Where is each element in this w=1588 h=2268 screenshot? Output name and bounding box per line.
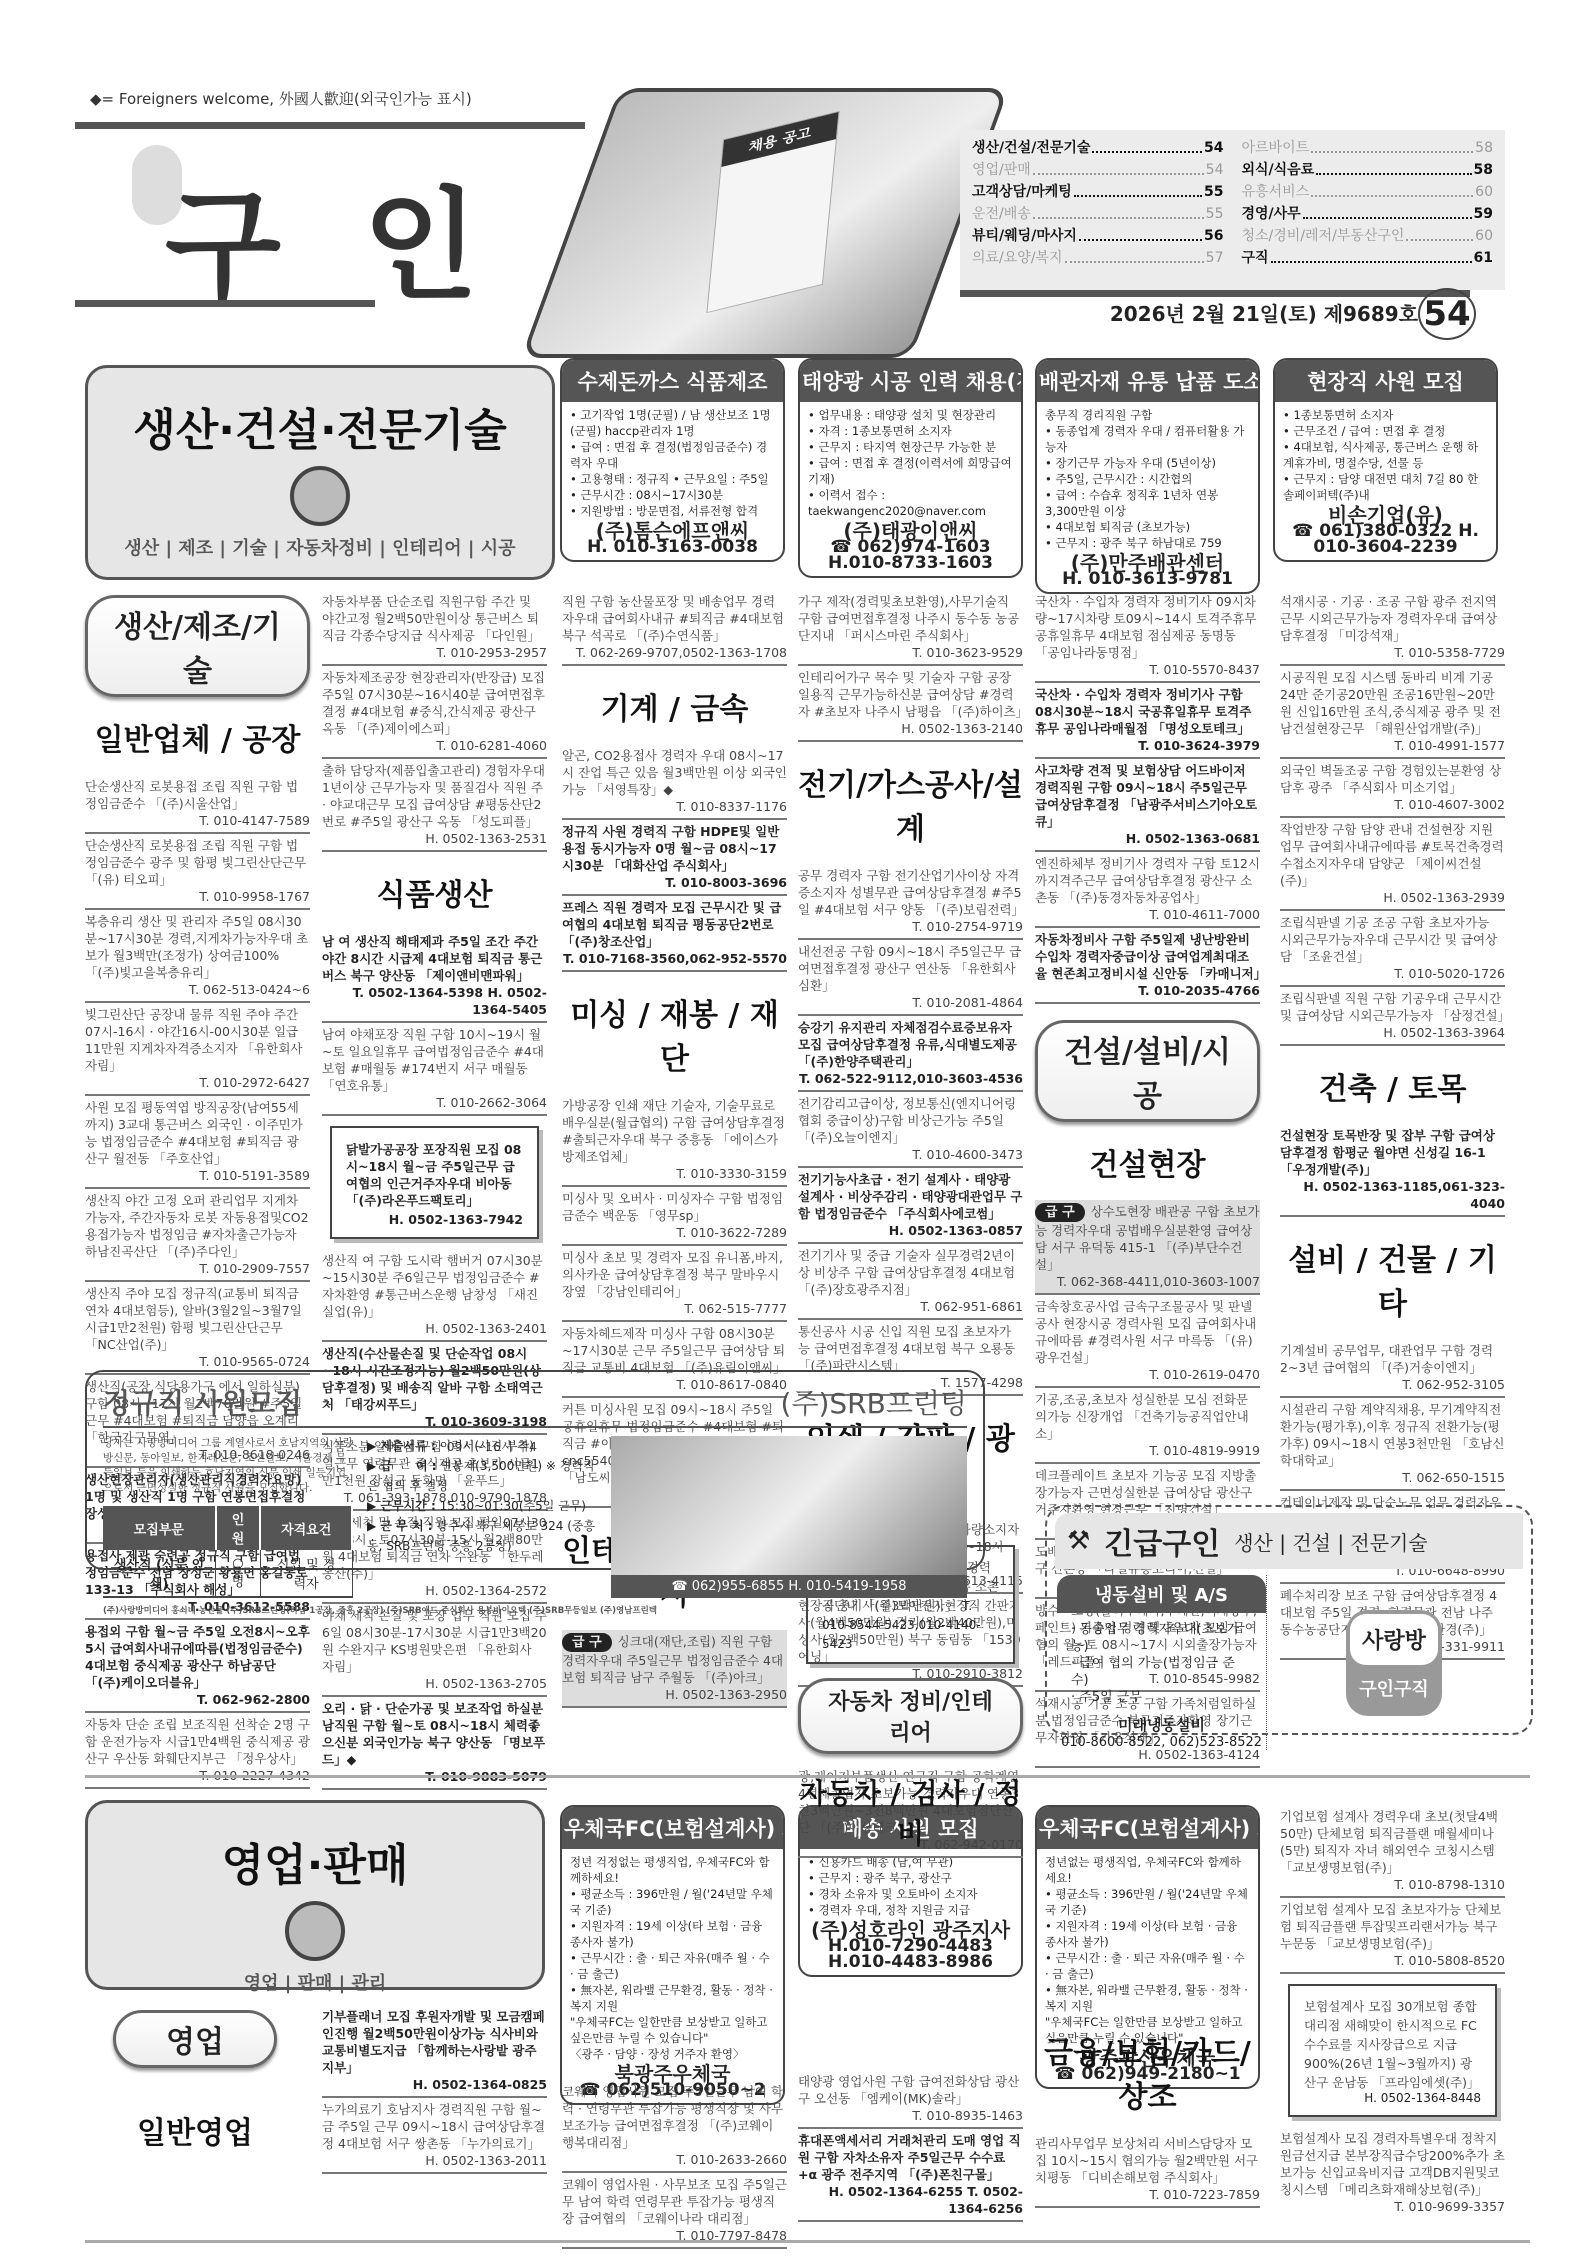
card-header: 우체국FC(보험설계사) 모집 (562, 1807, 783, 1849)
toc-item[interactable]: 아르바이트58 (1242, 138, 1494, 158)
ad-phone: T. 010-2619-0470 (1035, 1366, 1260, 1383)
classified-ad: 승강기 유지관리 자체점검수료증보유자 모집 급여상담후결정 유류,식대별도제공… (798, 1016, 1023, 1092)
classified-ad: 조립식판넬 기공 조공 구함 초보자가능 시외근무가능자우대 근무시간 및 급여… (1280, 911, 1505, 987)
ad-phone: T. 010-7223-7859 (1035, 2186, 1260, 2203)
classified-ad: 조립식판넬 직원 구함 기공우대 근무시간 및 급여상담 시외근무가능자 「삼정… (1280, 987, 1505, 1046)
classified-ad: 전기감리고급이상, 정보통신(엔지니어링협회 중급이상)구함 비상근가능 주5일… (798, 1092, 1023, 1168)
header-rule (75, 122, 585, 129)
card-phone: H.010-7290-4483 H.010-4483-8986 (808, 1938, 1013, 1970)
classified-ad: 미싱사 초보 및 경력자 모집 유니폼,바지,의사카운 급여상담후결정 북구 말… (562, 1246, 787, 1322)
srb-phone: ☎ 062)955-6855 H. 010-5419-1958 (611, 1575, 967, 1598)
subcategory-heading: 금융/보험/카드/상조 (1035, 2028, 1260, 2116)
page-section-title: 구 인 (165, 150, 499, 322)
toc-item[interactable]: 고객상담/마케팅55 (972, 182, 1224, 202)
section-divider (85, 1775, 1530, 1778)
section-banner-production: 생산·건설·전문기술 생산 | 제조 | 기술 | 자동차정비 | 인테리어 |… (85, 365, 555, 580)
display-ad-card: 우체국FC(보험설계사) 모집정년 걱정없는 평생직업, 우체국FC와 함께하세… (560, 1805, 785, 2105)
ad-phone: T. 010-2081-4864 (798, 994, 1023, 1011)
sales-column-c: 태양광 영업사원 구함 급여전화상담 광산구 오선동 「엠케이(MK)솔라」T.… (798, 2070, 1023, 2222)
ad-phone: T. 010-5808-8520 (1280, 1952, 1505, 1969)
toc-item[interactable]: 경영/사무59 (1242, 204, 1494, 224)
ad-phone: T. 010-4147-7589 (85, 812, 310, 829)
srb-detail-row: ▶ 근무시간 : 15:30~01:30(주5일 근무) (367, 1496, 597, 1516)
ad-phone: T. 062-515-7777 (562, 1300, 787, 1317)
classified-ad: 시공직원 모집 시스템 동바리 비계 기공24만 준기공20만원 조공16만원~… (1280, 666, 1505, 759)
ad-phone: H. 0502-1363-2705 (322, 1675, 547, 1692)
display-ad-card: 배관자재 유통 납품 도소매업총무직 경리직원 구함• 동종업계 경력자 우대 … (1035, 358, 1260, 594)
ad-phone: T. 010-5570-8437 (1035, 661, 1260, 678)
classified-ad: 전기기사 및 중급 기술자 실무경력2년이상 비상주 구함 급여상담후결정 4대… (798, 1244, 1023, 1320)
ad-phone: H. 0502-1363-2011 (322, 2152, 547, 2169)
classified-ad: 태양광 영업사원 구함 급여전화상담 광산구 오선동 「엠케이(MK)솔라」T.… (798, 2070, 1023, 2129)
classified-ad: 국산차 · 수입차 경력자 정비기사 구함 08시30분~18시 국공휴일휴무 … (1035, 683, 1260, 759)
ad-phone: T. 010-4600-3473 (798, 1146, 1023, 1163)
classified-ad: 작업반장 구함 담양 관내 건설현장 지원업무 급여회사내규에따름 #토목건축경… (1280, 818, 1505, 911)
classified-ad: 야채 세척 손질 및 포장 업무 직원 모집 주6일 08시30분-17시30분… (322, 1604, 547, 1697)
ad-phone: T. 010-8798-1310 (1280, 1876, 1505, 1893)
ad-phone: H. 0502-1363-2401 (322, 1320, 547, 1337)
classified-ad: 공무 경력자 구함 전기산업기사이상 자격증소지자 성별무관 급여상담후결정 #… (798, 864, 1023, 940)
ad-phone: T. 010-4607-3002 (1280, 796, 1505, 813)
subcategory-heading: 전기/가스공사/설계 (798, 760, 1023, 848)
srb-company: (주)SRB프린팅 (781, 1382, 967, 1422)
ad-phone: T. 0502-1364-5398 H. 0502-1364-5405 (322, 984, 547, 1018)
urgent-ad: 급 구상수도현장 배관공 구함 초보가능 경력자우대 공법배우실분환영 급여상담… (1035, 1200, 1260, 1295)
classified-ad: 기계설비 공무업무, 대관업무 구함 경력2~3년 급여협의 「(주)거송이엔지… (1280, 1339, 1505, 1398)
toc-item[interactable]: 구직61 (1242, 248, 1494, 268)
srb-table: 모집부문인원자격요건 생산직 (신문 인쇄)○명신입 및 경력자 (103, 1506, 353, 1598)
srb-intro: 당사는 사랑방미디어 그룹 계열사로서 호남지역의 사랑방신문, 동아일보, 한… (103, 1436, 353, 1496)
card-phone: H. 010-3613-9781 (1045, 571, 1250, 587)
srb-affiliates: (주)사랑방미디어 홍쇠네 농산물 (주)SRB프린팅(하남 1공장, 중흥 2… (103, 1604, 967, 1616)
classified-ad: 석재시공 · 기공 · 조공 구함 광주 전지역근무 시외근무가능자 경력자우대… (1280, 590, 1505, 666)
urgent-badge: 급 구 (562, 1633, 612, 1652)
sales-column-b: 코웨이 영업사원 모집 주5일근무 남여 학력 · 연령무관 투잡가능 평생직장… (562, 2080, 787, 2249)
subcategory-heading: 건축 / 토목 (1280, 1064, 1505, 1108)
classified-ad: 생산직 주야 모집 정규직(교통비 퇴직금 연차 4대보험등), 알바(3월2일… (85, 1282, 310, 1375)
srb-printing-ad: 정규직 사원모집 (주)SRB프린팅 당사는 사랑방미디어 그룹 계열사로서 호… (85, 1370, 985, 1570)
classified-ad: 외국인 벽돌조공 구함 경험있는분환영 상담후 광주 「주식회사 미소기업」T.… (1280, 759, 1505, 818)
classified-ad: 가구 제작(경력및초보환영),사무기술직 구함 급여면접후결정 나주시 동수동 … (798, 590, 1023, 666)
ad-phone: T. 010-2035-4766 (1035, 982, 1260, 999)
subcategory-heading: 일반영업 (85, 2108, 305, 2152)
urgent-ad: 급 구싱크대(재단,조립) 직원 구함 경력자우대 주5일근무 법정임금준수 4… (562, 1630, 787, 1708)
subcategory-heading: 식품생산 (322, 870, 547, 914)
classified-ad: 빛그린산단 공장내 물류 직원 주야 주간07시-16시 · 야간16시-00시… (85, 1003, 310, 1096)
classified-ad: 단순생산직 로봇용접 조립 직원 구함 법정임금준수 「(주)시울산업」T. 0… (85, 775, 310, 834)
ad-phone: T. 010-9958-1767 (85, 888, 310, 905)
classified-ad: 남여 야채포장 직원 구함 10시~19시 월~토 일요일휴무 급여법정임금준수… (322, 1023, 547, 1116)
urgent-categories: 생산 | 건설 | 전문기술 (1234, 1527, 1427, 1556)
ad-phone: T. 010-2662-3064 (322, 1094, 547, 1111)
ad-phone: T. 010-7168-3560,062-952-5570 (562, 950, 787, 967)
ad-phone: H. 0502-1363-1185,061-323-4040 (1280, 1178, 1505, 1212)
classified-ad: 국산차 · 수입차 경력자 정비기사 09시차량~17시차량 토09시~14시 … (1035, 590, 1260, 683)
category-pill: 영업 (113, 2010, 277, 2068)
classified-ad: 엔진하체부 정비기사 경력자 구함 토12시까지격주근무 급여상담후결정 광산구… (1035, 852, 1260, 928)
ad-phone: T. 062-951-6861 (798, 1298, 1023, 1315)
toc-item[interactable]: 뷰티/웨딩/마사지56 (972, 226, 1224, 246)
ad-phone: T. 010-4611-7000 (1035, 906, 1260, 923)
ad-phone: T. 010-5020-1726 (1280, 965, 1505, 982)
urgent-badge: 급 구 (1035, 1203, 1085, 1222)
classified-ad: 누가의료기 호남지사 경력직원 구함 월~금 주5일 근무 09시~18시 급여… (322, 2098, 547, 2174)
classified-ad: 출하 담당자(제품입출고관리) 경험자우대 1년이상 근무가능자 및 품질검사 … (322, 759, 547, 852)
card-header: 현장직 사원 모집 (1275, 360, 1496, 402)
sales-column-e: 기업보험 설계사 경력우대 초보(첫달4백50만) 단체보험 퇴직금플랜 매월세… (1280, 1805, 1505, 2218)
subcategory-heading: 미싱 / 재봉 / 재단 (562, 990, 787, 1078)
classified-ad: 용접외 구함 월~금 주5일 오전8시~오후5시 급여회사내규에따름(법정임금준… (85, 1620, 310, 1713)
card-phone: H. 010-3163-0038 (570, 539, 775, 555)
classified-ad: 코웨이 영업사원 모집 주5일근무 남여 학력 · 연령무관 투잡가능 평생직장… (562, 2080, 787, 2173)
ad-phone: T. 010-2953-2957 (322, 644, 547, 661)
ad-phone: T. 010-2972-6427 (85, 1074, 310, 1091)
photo-caption: 채용 공고 (721, 112, 838, 167)
classified-ad: 기업보험 설계사 모집 초보자가능 단체보험 퇴직금플랜 투잡및프리랜서가능 북… (1280, 1898, 1505, 1974)
banner-title: 영업·판매 (88, 1803, 542, 1893)
subcategory-heading: 기계 / 금속 (562, 684, 787, 728)
classified-ad: 자동차부품 단순조립 직원구함 주간 및 야간고정 월2백50만원이상 통근버스… (322, 590, 547, 666)
ad-phone: T. 010-5358-7729 (1280, 644, 1505, 661)
card-phone: ☎ 061)380-0322 H. 010-3604-2239 (1283, 523, 1488, 555)
classified-ad: 미싱사 및 오버사 · 미싱자수 구함 법정임금준수 백운동 「영무sp」T. … (562, 1187, 787, 1246)
display-ad-card: 태양광 시공 인력 채용(경력자 우대)• 업무내용 : 태양광 설치 및 현장… (798, 358, 1023, 578)
classified-ad: 자동차제조공장 현장관리자(반장급) 모집 주5일 07시30분~16시40분 … (322, 666, 547, 759)
foreigners-note: ◆= Foreigners welcome, 外國人歡迎(외국인가능 표시) (90, 88, 472, 109)
sales-headings: 영업 일반영업 (85, 2010, 305, 2168)
display-ad-card: 현장직 사원 모집• 1종보통면허 소지자• 근무조건 / 급여 : 면접 후 … (1273, 358, 1498, 562)
ad-phone: T. 010-6281-4060 (322, 737, 547, 754)
ad-phone: T. 010-8337-1176 (562, 798, 787, 815)
printing-press-photo: ☎ 062)955-6855 H. 010-5419-1958 (611, 1436, 967, 1598)
ad-phone: T. 010-2909-7557 (85, 1260, 310, 1277)
section-banner-sales: 영업·판매 영업 | 판매 | 관리 (85, 1800, 545, 1990)
ad-phone: T. 010-3623-9529 (798, 644, 1023, 661)
card-header: 태양광 시공 인력 채용(경력자 우대) (800, 360, 1021, 402)
table-of-contents: 생산/건설/전문기술54아르바이트58영업/판매54외식/식음료58고객상담/마… (960, 130, 1505, 290)
srb-detail-row: ▶ 급 여 : 연봉제(3,500만원) ※ 경력직은 협의 후 결정 (367, 1456, 597, 1496)
ad-phone: T. 010-8935-1463 (798, 2107, 1023, 2124)
classified-ad: 프레스 직원 경력자 모집 근무시간 및 급여협의 4대보험 퇴직금 평동공단2… (562, 896, 787, 972)
classified-ad: 내선전공 구함 09시~18시 주5일근무 급여면접후결정 광산구 연산동 「유… (798, 940, 1023, 1016)
ad-phone: H. 0502-1363-0857 (798, 1222, 1023, 1239)
ad-phone: T. 062-513-0424~6 (85, 981, 310, 998)
classified-ad: 시설관리 구함 계약직채용, 무기계약직전환가능(평가후),이후 정규직 전환가… (1280, 1398, 1505, 1491)
drill-icon: ⚒ (1067, 1526, 1090, 1556)
classified-ad: 가방공장 인쇄 재단 기술자, 기술무료로 배우실분(월급협의) 구함 급여상담… (562, 1094, 787, 1187)
ad-phone: T. 010-9565-0724 (85, 1353, 310, 1370)
banner-subtitle: 영업 | 판매 | 관리 (88, 1969, 542, 2005)
classified-ad: 복층유리 생산 및 관리자 주5일 08시30분~17시30분 경력,지게차가능… (85, 910, 310, 1003)
classified-ad: 건설현장 토목반장 및 잡부 구함 급여상담후결정 함평군 월야면 신성길 16… (1280, 1124, 1505, 1217)
ad-phone: H. 0502-1363-2140 (798, 720, 1023, 737)
ad-phone: T. 062-962-2800 (85, 1691, 310, 1708)
classified-ad: 남 여 생산직 해태제과 주5일 조간 주간 야간 8시간 시급제 4대보험 퇴… (322, 930, 547, 1023)
toc-item[interactable]: 외식/식음료58 (1242, 160, 1494, 180)
srb-detail-row: ▶ 근 무 처 : 광주시 북구 제봉로 324 (중흥동, SRB프린팅 중흥… (367, 1516, 597, 1556)
classified-ad: 알곤, CO2용접사 경력자 우대 08시~17시 잔업 특근 있음 월3백만원… (562, 744, 787, 820)
classified-ad: 사고차량 견적 및 보험상담 어드바이저 경력직원 구함 09시~18시 주5일… (1035, 759, 1260, 852)
classified-ad: 휴대폰액세서리 거래처관리 도매 영업 직원 구함 자차소유자 주5일근무 수수… (798, 2129, 1023, 2222)
classified-ad: 기공,조공,초보자 성실한분 모심 전화문의가능 신장개업 「건축기능공직업안내… (1035, 1388, 1260, 1464)
display-ad-card: 수제돈까스 식품제조• 고기작업 1명(군필) / 남 생산보조 1명(군필) … (560, 358, 785, 562)
urgent-title: 긴급구인 (1104, 1519, 1220, 1563)
subcategory-heading: 설비 / 건물 / 기타 (1280, 1235, 1505, 1323)
ad-phone: H. 0502-1363-0681 (1035, 830, 1260, 847)
ad-phone: H. 0502-1364-6255 T. 0502-1364-6256 (798, 2183, 1023, 2217)
footer-divider (85, 2240, 1530, 2243)
category-pill: 건설/설비/시공 (1035, 1020, 1260, 1122)
classified-ad: 단순생산직 로봇용접 조립 직원 구함 법정임금준수 광주 및 함평 빛그린산단… (85, 834, 310, 910)
classified-ad: 기업보험 설계사 경력우대 초보(첫달4백50만) 단체보험 퇴직금플랜 매월세… (1280, 1805, 1505, 1898)
toc-item[interactable]: 유흥서비스60 (1242, 182, 1494, 202)
ad-phone: T. 010-4991-1577 (1280, 737, 1505, 754)
classified-ad: 정규직 사원 경력직 구함 HDPE및 일반 용접 동시가능자 0명 월~금 0… (562, 820, 787, 896)
ad-phone: T. 062-650-1515 (1280, 1469, 1505, 1486)
toc-item[interactable]: 영업/판매54 (972, 160, 1224, 180)
column-sales: 영업·판매 영업 | 판매 | 관리 (85, 1800, 545, 1990)
category-pill: 자동차 정비/인테리어 (798, 1678, 1023, 1754)
ad-phone: H. 0502-1363-3964 (1280, 1024, 1505, 1041)
ad-phone: T. 010-2633-2660 (562, 2151, 787, 2168)
ad-phone: H. 0502-1363-2939 (1280, 889, 1505, 906)
classified-ad: 생산직 야간 고정 오퍼 관리업무 지게차가능자, 주간자동차 로봇 자동용접및… (85, 1189, 310, 1282)
title-rule (75, 300, 375, 307)
ad-phone: T. 062-952-3105 (1280, 1376, 1505, 1393)
ad-phone: T. 010-3622-7289 (562, 1224, 787, 1241)
ad-phone: H. 0502-1363-2531 (322, 830, 547, 847)
urgent-hiring-section: ⚒ 긴급구인 생산 | 건설 | 전문기술 냉동설비 및 A/S · 동종업무 … (1045, 1505, 1533, 1735)
boxed-ad: 보험설계사 모집 30개보험 종합 대리점 새해맞이 한시적으로 FC수수료를 … (1288, 1984, 1497, 2117)
card-header: 배관자재 유통 납품 도소매업 (1037, 360, 1258, 402)
subcategory-heading: 건설현장 (1035, 1140, 1260, 1184)
srb-title: 정규직 사원모집 (103, 1382, 302, 1422)
category-pill: 생산/제조/기술 (85, 595, 310, 697)
hardhat-icon (290, 466, 350, 526)
issue-date: 2026년 2월 21일(토) 제9689호 (1110, 298, 1418, 327)
ad-phone: T. 010-3624-3979 (1035, 737, 1260, 754)
banner-subtitle: 생산 | 제조 | 기술 | 자동차정비 | 인테리어 | 시공 (88, 534, 552, 570)
classified-ad: 전기기능사초급 · 전기 설계사 · 태양광 설계사 · 비상주감리 · 태양광… (798, 1168, 1023, 1244)
toc-item[interactable]: 의료/요양/복지57 (972, 248, 1224, 268)
toc-rule (960, 290, 1470, 297)
classified-ad: 금속창호공사업 금속구조물공사 및 판넬공사 현장시공 경력사원 모집 급여회사… (1035, 1295, 1260, 1388)
urgent-ad-header: 냉동설비 및 A/S (1057, 1575, 1266, 1613)
sales-column-d: 금융/보험/카드/상조 관리사무업무 보상처리 서비스담당자 모집 10시~15… (1035, 2010, 1260, 2208)
page-number: 54 (1418, 288, 1476, 340)
ad-phone: T. 010-8003-3696 (562, 874, 787, 891)
ad-phone: T. 062-522-9112,010-3603-4536 (798, 1070, 1023, 1087)
classified-ad: 기부플래너 모집 후원자개발 및 모금캠페인진행 월2백50만원이상가능 식사비… (322, 2005, 547, 2098)
urgent-ad-company: 미래냉동설비 (1057, 1714, 1266, 1735)
toc-item[interactable]: 청소/경비/레저/부동산구인60 (1242, 226, 1494, 246)
card-phone: ☎ 062)974-1603 H.010-8733-1603 (808, 539, 1013, 571)
card-header: 우체국FC(보험설계사) 모집 (1037, 1807, 1258, 1849)
classified-ad: 관리사무업무 보상처리 서비스담당자 모집 10시~15시 협의가능 월2백만원… (1035, 2132, 1260, 2208)
subcategory-heading: 일반업체 / 공장 (85, 715, 310, 759)
column-1: 생산·건설·전문기술 생산 | 제조 | 기술 | 자동차정비 | 인테리어 |… (85, 365, 555, 580)
classified-ad: 생산직 여 구함 도시락 햄버거 07시30분~15시30분 주6일근무 법정임… (322, 1249, 547, 1342)
classified-ad: 사원 모집 평동역엽 방직공장(남여55세까지) 3교대 통근버스 외국인 · … (85, 1096, 310, 1189)
ad-phone: T. 010-2754-9719 (798, 918, 1023, 935)
column-6: 석재시공 · 기공 · 조공 구함 광주 전지역근무 시외근무가능자 경력자우대… (1280, 590, 1505, 1660)
ad-phone: T. 010-4819-9919 (1035, 1442, 1260, 1459)
classified-ad: 인테리어가구 목수 및 기술자 구함 공장일용직 근무가능하신분 급여상담 #경… (798, 666, 1023, 742)
header-photo: 채용 공고 (521, 88, 1009, 358)
ad-phone: T. 010-3330-3159 (562, 1165, 787, 1182)
toc-item[interactable]: 생산/건설/전문기술54 (972, 138, 1224, 158)
urgent-ad-phone: 010-8600-8522, 062)523-8522 (1057, 1735, 1266, 1750)
srb-detail-row: ▶ 제출서류 : 이력서(사진 부착) (367, 1436, 597, 1456)
ad-phone: H. 0502-1364-0825 (322, 2076, 547, 2093)
basket-icon (285, 1901, 345, 1961)
classified-ad: 코웨이 영업사원 · 사무보조 모집 주5일근무 남여 학력 연령무관 투잡가능… (562, 2173, 787, 2249)
subcategory-heading: 자동차 / 검사 / 정비 (798, 1772, 1023, 1852)
classified-ad: 자동차정비사 구함 주5일제 냉난방완비 수입차 경력자중급이상 급여업계최대조… (1035, 928, 1260, 1004)
ad-phone: T. 010-5191-3589 (85, 1167, 310, 1184)
banner-title: 생산·건설·전문기술 (88, 368, 552, 458)
card-header: 수제돈까스 식품제조 (562, 360, 783, 402)
boxed-ad: 닭발가공공장 포장직원 모집 08시~18시 월~금 주5일근무 급여협의 인근… (330, 1126, 539, 1239)
toc-item[interactable]: 운전/배송55 (972, 204, 1224, 224)
sales-ads-column: 기부플래너 모집 후원자개발 및 모금캠페인진행 월2백50만원이상가능 식사비… (322, 2005, 547, 2174)
app-logo: 사랑방 구인구직 (1346, 1610, 1442, 1716)
